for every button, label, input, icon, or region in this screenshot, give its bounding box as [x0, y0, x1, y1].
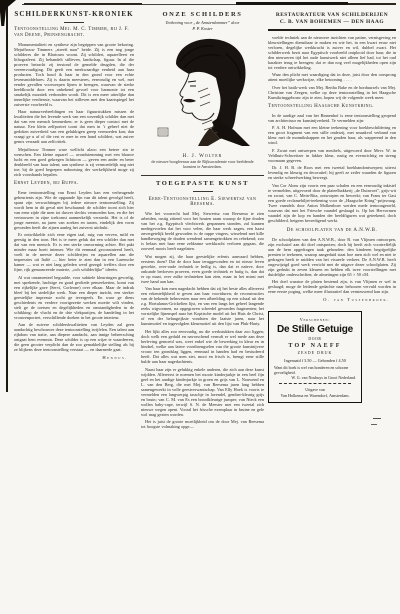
article-body: Eene tentoonstelling van Ernst Leyden ka…	[14, 190, 134, 353]
ad-publisher-label: Uitgave van	[273, 387, 357, 392]
scan-artifact-top-rule-segment	[348, 3, 396, 5]
article-heading: Eere-Tentoonstelling E. Siewertsz van Re…	[141, 197, 264, 209]
article-body: Wie het voorrecht had Mej. Siewertsz van…	[141, 211, 264, 429]
column-title-line1: RESTAURATEUR VAN SCHILDERIJEN	[268, 12, 396, 19]
article-heading: De schoolplaten van de A.N.W.B.	[268, 228, 396, 234]
middle-column: ONZE SCHILDERS Teekening voor „de Amster…	[141, 8, 264, 432]
left-column: SCHILDERKUNST-KRONIEK Tentoonstelling Me…	[14, 8, 134, 360]
paragraph: Het is juist de groote moeilijkheid om d…	[141, 419, 264, 429]
author-signature: Hennus.	[14, 355, 128, 360]
ornament-rule	[193, 191, 213, 192]
scan-artifact-dash	[371, 424, 377, 425]
ad-publisher-name: Van Holkema en Warendorf, Amsterdam.	[273, 393, 357, 398]
paragraph: Monumentaliteit en synthese zijn begripp…	[14, 42, 134, 107]
paragraph: Wat mogen zij, die haar geestelijke erfe…	[141, 254, 264, 284]
scan-artifact-top-rule-segment	[24, 3, 142, 5]
paragraph: Wie het voorrecht had Mej. Siewertsz van…	[141, 211, 264, 251]
newspaper-page: SCHILDERKUNST-KRONIEK Tentoonstelling Me…	[0, 0, 400, 614]
paragraph: Haar natuurverbeeldingen en haar figuurs…	[14, 109, 134, 144]
ad-door-label: DOOR	[273, 337, 357, 341]
article-body: De schoolplaten van den A.N.W.B., door B…	[268, 237, 396, 295]
paragraph: Al wat ornamenteel beguulde, voor subtie…	[14, 275, 134, 320]
ad-author-name: TOP NAEFF	[273, 343, 357, 349]
paragraph: In de aardige zaal van het Binnenhof is …	[268, 113, 396, 123]
article-heading: Tentoonstelling Haagsche Kunstkring.	[268, 104, 396, 110]
illustration-credit-line: Teekening voor „de Amsterdammer” door	[147, 20, 258, 25]
ad-edition-label: ZESDE DRUK	[273, 350, 357, 355]
article-body: In de aardige zaal van het Binnenhof is …	[268, 113, 396, 223]
article-heading: Tentoonstelling Mej. M. C. Timmer, bij J…	[14, 27, 134, 39]
right-column: RESTAURATEUR VAN SCHILDERIJEN C. B. VAN …	[268, 8, 396, 403]
paragraph: Er ontwikkelde zich eene eigen taal, rui…	[14, 232, 134, 272]
wolter-portrait-illustration	[141, 34, 264, 151]
ad-review-quote: Want dit boek is wel van honderen en sch…	[274, 366, 356, 375]
paragraph: F. Zwart met ontwerpen van meubels, uitg…	[268, 148, 396, 163]
header-rule	[268, 29, 396, 31]
paragraph: De schoolplaten van den A.N.W.B., door B…	[268, 237, 396, 277]
paragraph: Aan de zuivere schilderskwaliteiten van …	[14, 322, 134, 352]
author-signature: O. van Tussenbroek.	[268, 297, 390, 302]
ad-review-attribution: W. G. van Nouhuys in Groot Nederland.	[274, 376, 356, 381]
section-title: TOEGEPASTE KUNST	[141, 180, 264, 187]
ad-prices: Ingenaaid f 3.50 — Gebonden f 4.50	[273, 358, 357, 363]
scan-artifact-top-rule-segment	[236, 2, 348, 5]
ad-announce-label: Verschenen:	[273, 317, 357, 322]
ad-book-title: De Stille Getuige	[273, 324, 357, 335]
paragraph: Naast haar zijn er gelukkig enkele ander…	[141, 367, 264, 417]
paragraph: Van Cor Alons zijn voorts een paar schal…	[268, 183, 396, 223]
column-title: ONZE SCHILDERS	[141, 11, 264, 18]
paragraph: Eene tentoonstelling van Ernst Leyden ka…	[14, 190, 134, 230]
column-title: SCHILDERKUNST-KRONIEK	[14, 10, 134, 18]
paragraph: Dr. J. H. B. de Roos met een tweetal boe…	[268, 165, 396, 180]
column-title-line2: C. B. VAN BOHEMEN — DEN HAAG	[268, 19, 396, 26]
paragraph: Het doel waartoe de platen bestemd zijn,…	[268, 279, 396, 294]
paragraph: Mejuffrouw Timmer ware wellicht alzoo ee…	[14, 147, 134, 177]
illustration-credit-artist: P. P. Koster	[147, 26, 258, 31]
paragraph: Waar den plicht met waardiging dat in de…	[268, 72, 396, 82]
paragraph: Over het batik-werk van Mej. Bertha Bake…	[268, 85, 396, 100]
book-advertisement: Verschenen: De Stille Getuige DOOR TOP N…	[268, 311, 362, 403]
section-divider	[141, 175, 264, 176]
portrait-caption-text: de nieuwe hoogleeraar aan de Rijksacadem…	[151, 160, 254, 170]
article-body: Monumentaliteit en synthese zijn begripp…	[14, 42, 134, 177]
article-body: voelde techniek aan de nieuwere inzichte…	[268, 35, 396, 100]
ornament-rule	[64, 22, 84, 23]
scan-artifact-dash	[373, 418, 381, 419]
article-heading: Ernst Leyden, bij Buffa.	[14, 181, 134, 187]
paragraph: Van haar kon men nagedacht hebben dat zi…	[141, 286, 264, 326]
paragraph: Het lijkt alles zoo eenvoudig, nu die we…	[141, 329, 264, 364]
ad-divider-rule	[279, 383, 351, 384]
paragraph: voelde techniek aan de nieuwere inzichte…	[268, 35, 396, 70]
paragraph: P. A. H. Hofman met een kleine teekening…	[268, 125, 396, 145]
portrait-sketch-icon	[150, 34, 256, 146]
scan-artifact-left-edge	[6, 0, 8, 392]
